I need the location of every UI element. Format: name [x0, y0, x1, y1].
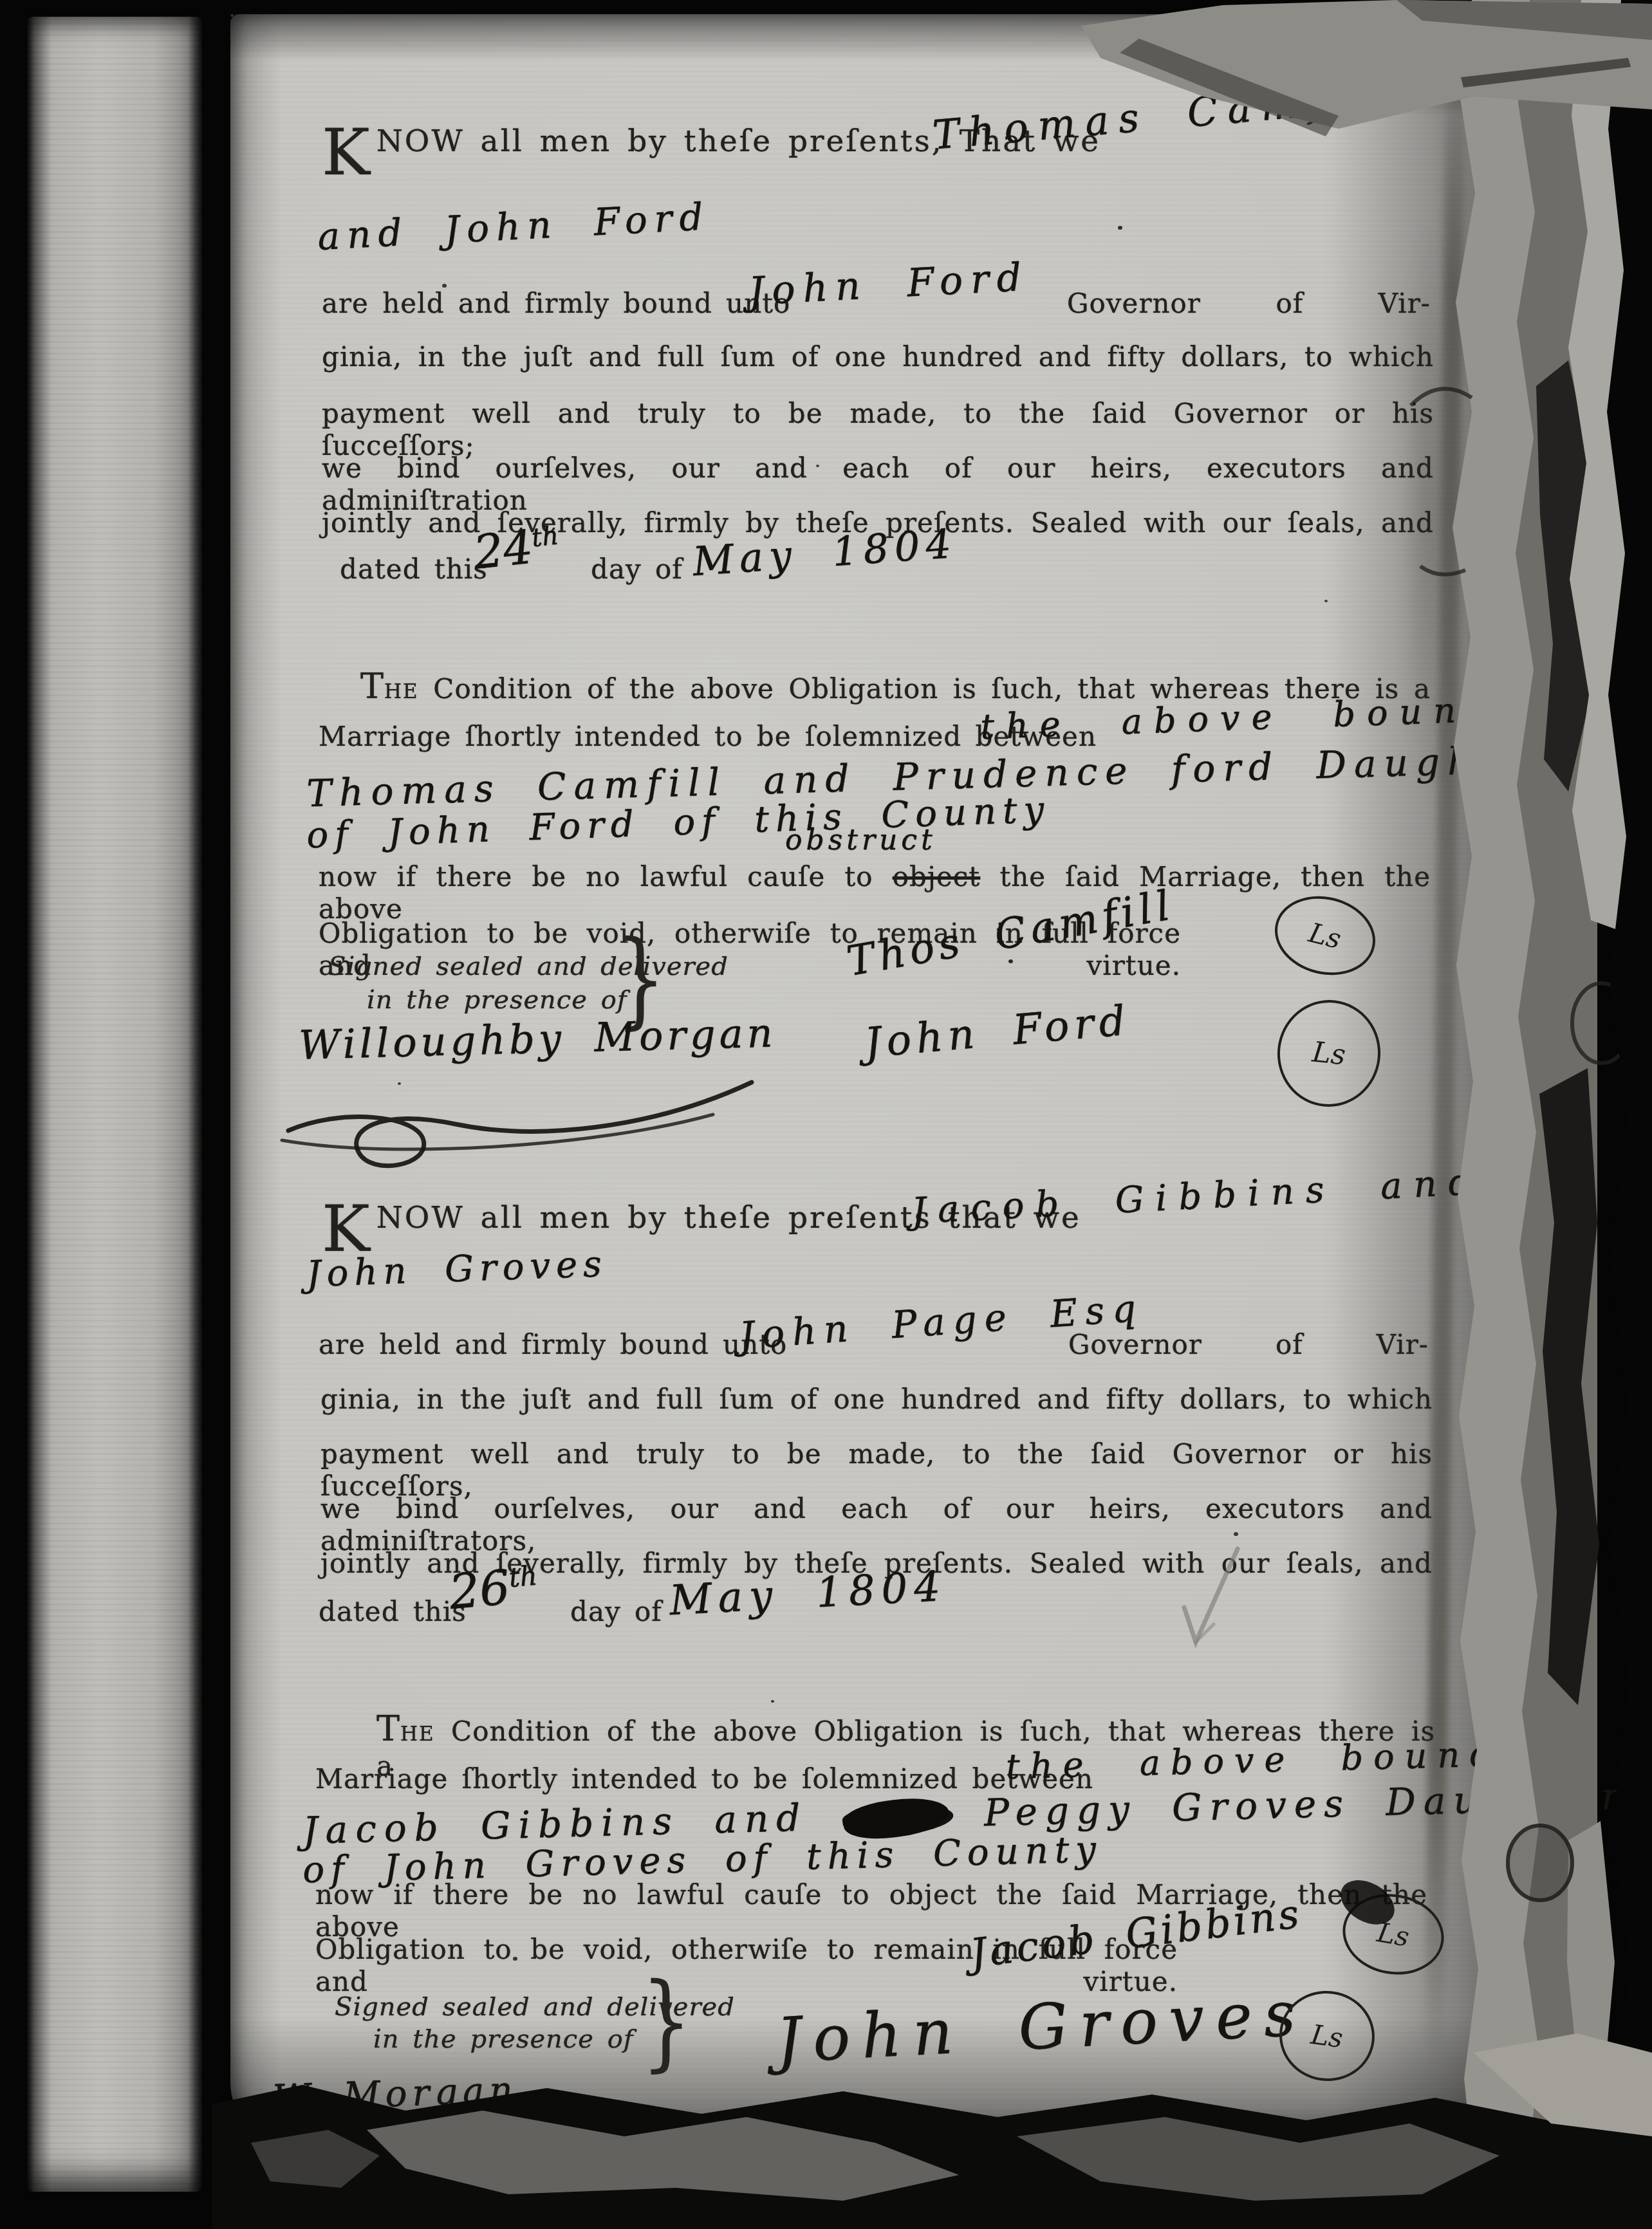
pencil-check-mark [1176, 1546, 1247, 1661]
bond2-day-suffix: th [508, 1559, 539, 1593]
bond1-lawful-line: now if there be no lawful cauſe to objec… [319, 861, 1431, 926]
bond2-body-line-1: ginia, in the juſt and full ſum of one h… [320, 1383, 1433, 1416]
witness-signature-flourish [263, 1069, 765, 1179]
bond1-condition-T: T [360, 666, 384, 707]
bond2-dropcap: K [322, 1206, 371, 1252]
bond1-day-number: 24 [471, 520, 535, 580]
torn-page-edges-right [1375, 0, 1652, 2229]
bond1-lawful-pre: now if there be no lawful cauſe to [319, 861, 873, 893]
bond1-surety-name-handwritten: and John Ford [317, 194, 711, 259]
bond2-dated-mid: day of [570, 1596, 662, 1628]
document-page: KNOW all men by theſe preſents, That we … [230, 14, 1512, 2144]
torn-paper-band-top [1062, 0, 1652, 180]
bond1-signature-2-handwritten: John Ford [863, 997, 1133, 1068]
bond1-condition-HE: HE [384, 680, 419, 703]
bond1-obligee-name-handwritten: John Ford [747, 255, 1030, 315]
bond1-bound-pre: are held and firmly bound unto [322, 288, 790, 320]
bond2-bound-post: Governor of Vir- [1068, 1329, 1429, 1361]
bond1-body-line-1: ginia, in the juſt and full ſum of one h… [322, 341, 1434, 373]
bond2-condition-T: T [376, 1708, 400, 1749]
bond2-day-handwritten: 26th [447, 1557, 541, 1620]
torn-paper-band-bottom [212, 2027, 1652, 2229]
bond1-attestation-line-1: Signed sealed and delivered [328, 951, 729, 982]
bond2-dated-pre: dated this [319, 1596, 467, 1628]
bond1-day-handwritten: 24th [471, 517, 562, 579]
bond2-day-number: 26 [447, 1560, 512, 1620]
bond1-dated-pre: dated this [340, 553, 488, 586]
bond1-seal-2-label: Ls [1311, 1035, 1348, 1071]
bond1-witness-signature-handwritten: Willoughby Morgan [298, 1009, 777, 1068]
bond1-day-suffix: th [530, 521, 560, 553]
bond2-bound-pre: are held and firmly bound unto [319, 1329, 787, 1361]
bond1-seal-1-label: Ls [1306, 916, 1344, 955]
bond1-attestation-line-2: in the presence of [367, 985, 627, 1015]
scanned-book-photograph: KNOW all men by theſe preſents, That we … [0, 0, 1652, 2229]
seal-fragment-2 [1508, 1826, 1572, 1900]
bond2-condition-HE: HE [400, 1723, 435, 1746]
paper-specks [230, 14, 234, 17]
adjacent-page-edge [27, 17, 202, 2192]
bond1-dropcap: K [322, 129, 371, 176]
bond1-dated-mid: day of [591, 553, 683, 586]
bond1-struck-word: object [893, 861, 980, 893]
bond1-obstruct-correction-handwritten: obstruct [785, 824, 936, 856]
